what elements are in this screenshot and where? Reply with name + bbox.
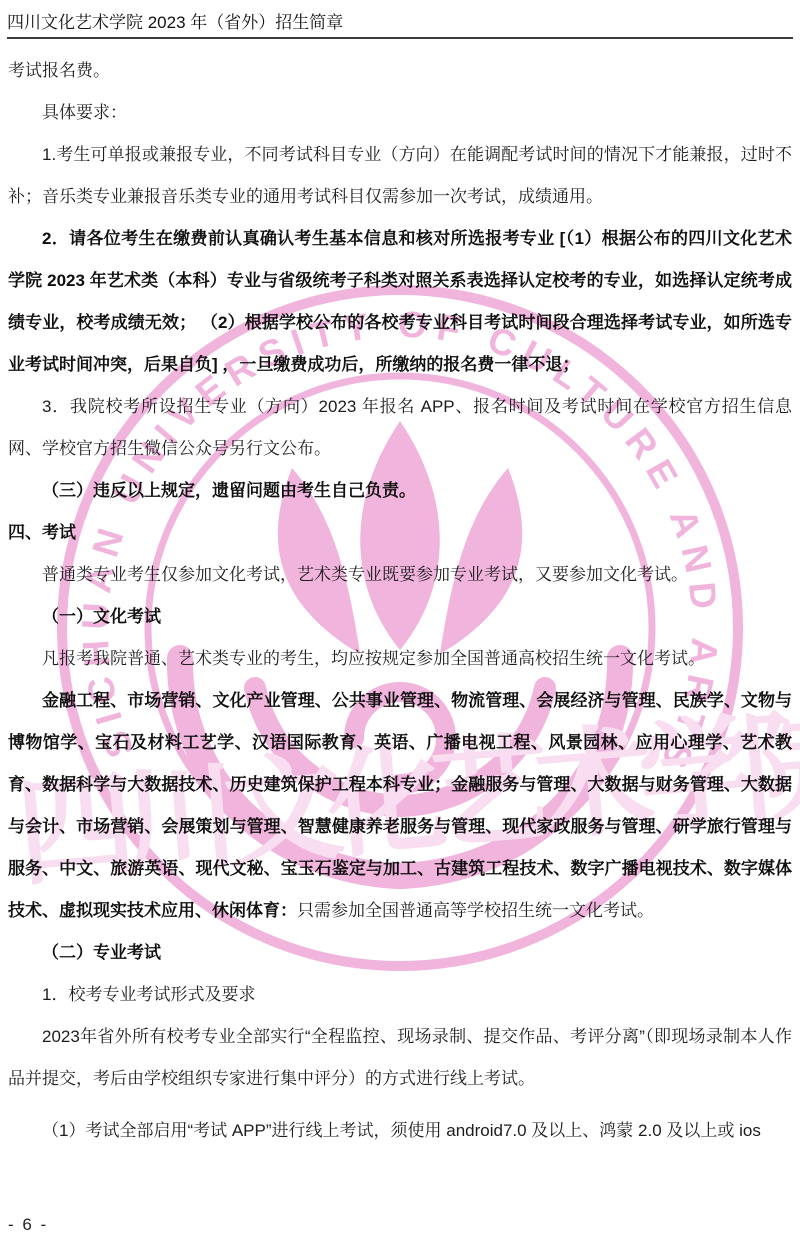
page-header-title: 四川文化艺术学院 2023 年（省外）招生简章 <box>7 0 793 34</box>
paragraph: 3．我院校考所设招生专业（方向）2023 年报名 APP、报名时间及考试时间在学… <box>8 386 792 470</box>
text-segment: 金融工程、市场营销、文化产业管理、公共事业管理、物流管理、会展经济与管理、民族学… <box>8 691 792 920</box>
paragraph: 2023年省外所有校考专业全部实行“全程监控、现场录制、提交作品、考评分离”（即… <box>8 1016 792 1100</box>
paragraph: 1.考生可单报或兼报专业，不同考试科目专业（方向）在能调配考试时间的情况下才能兼… <box>8 134 792 218</box>
text-segment: 考试报名费。 <box>8 61 110 80</box>
paragraph: 凡报考我院普通、艺术类专业的考生，均应按规定参加全国普通高校招生统一文化考试。 <box>8 638 792 680</box>
text-segment: 具体要求： <box>42 103 127 122</box>
page-header: 四川文化艺术学院 2023 年（省外）招生简章 <box>7 0 793 39</box>
text-segment: 1．校考专业考试形式及要求 <box>42 985 255 1004</box>
paragraph: 普通类专业考生仅参加文化考试，艺术类专业既要参加专业考试，又要参加文化考试。 <box>8 554 792 596</box>
text-segment: 四、考试 <box>8 523 76 542</box>
paragraph: 考试报名费。 <box>8 50 792 92</box>
text-segment: 2023年省外所有校考专业全部实行“全程监控、现场录制、提交作品、考评分离”（即… <box>8 1027 792 1088</box>
text-segment: 普通类专业考生仅参加文化考试，艺术类专业既要参加专业考试，又要参加文化考试。 <box>42 565 688 584</box>
header-divider <box>7 37 793 39</box>
paragraph: 2．请各位考生在缴费前认真确认考生基本信息和核对所选报考专业 [（1）根据公布的… <box>8 218 792 386</box>
document-body: 考试报名费。具体要求：1.考生可单报或兼报专业，不同考试科目专业（方向）在能调配… <box>8 50 792 1152</box>
page-number: - 6 - <box>8 1215 48 1235</box>
paragraph: （一）文化考试 <box>8 596 792 638</box>
paragraph: （1）考试全部启用“考试 APP”进行线上考试，须使用 android7.0 及… <box>8 1110 792 1152</box>
document-page: SICHUAN UNIVERSITY OF CULTURE AND ARTS 四… <box>0 0 800 1245</box>
paragraph: 四、考试 <box>8 512 792 554</box>
paragraph: （二）专业考试 <box>8 932 792 974</box>
paragraph: （三）违反以上规定，遗留问题由考生自己负责。 <box>8 470 792 512</box>
text-segment: （二）专业考试 <box>42 943 161 962</box>
paragraph: 1．校考专业考试形式及要求 <box>8 974 792 1016</box>
text-segment: 2．请各位考生在缴费前认真确认考生基本信息和核对所选报考专业 [（1）根据公布的… <box>8 229 792 374</box>
text-segment: （1）考试全部启用“考试 APP”进行线上考试，须使用 android7.0 及… <box>42 1121 761 1140</box>
paragraph: 金融工程、市场营销、文化产业管理、公共事业管理、物流管理、会展经济与管理、民族学… <box>8 680 792 932</box>
paragraph: 具体要求： <box>8 92 792 134</box>
text-segment: （三）违反以上规定，遗留问题由考生自己负责。 <box>42 481 416 500</box>
text-segment: 凡报考我院普通、艺术类专业的考生，均应按规定参加全国普通高校招生统一文化考试。 <box>42 649 705 668</box>
text-segment: 1.考生可单报或兼报专业，不同考试科目专业（方向）在能调配考试时间的情况下才能兼… <box>8 145 792 206</box>
text-segment: 3．我院校考所设招生专业（方向）2023 年报名 APP、报名时间及考试时间在学… <box>8 397 792 458</box>
text-segment: 只需参加全国普通高等学校招生统一文化考试。 <box>297 901 654 920</box>
text-segment: （一）文化考试 <box>42 607 161 626</box>
